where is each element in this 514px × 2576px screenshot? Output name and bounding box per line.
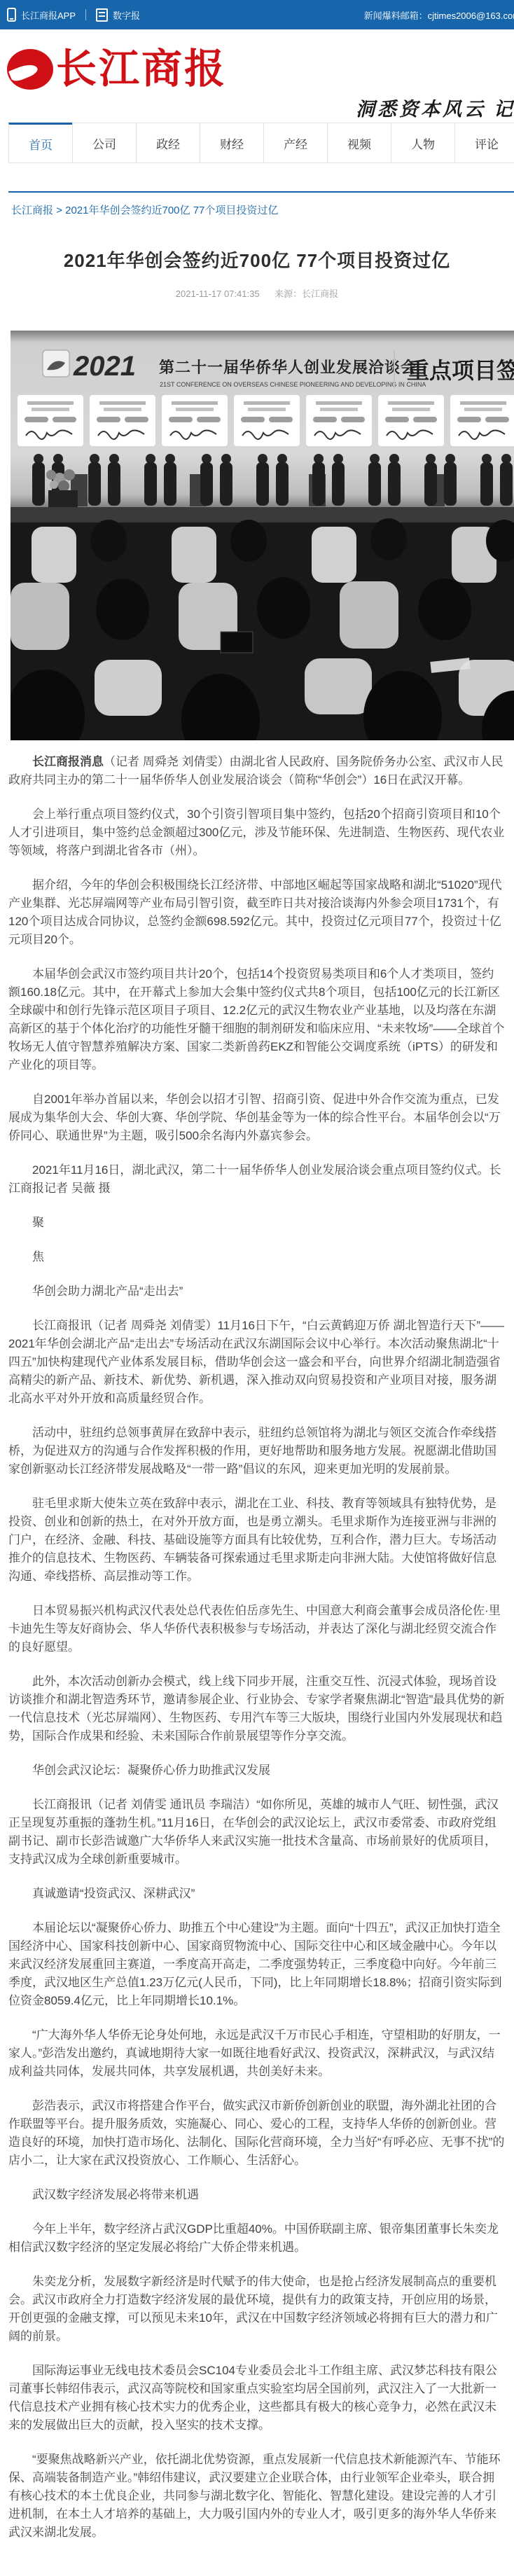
article-paragraph: 华创会助力湖北产品“走出去” xyxy=(8,1282,506,1301)
nav-tab[interactable]: 财经 xyxy=(200,123,264,163)
signature-cards xyxy=(18,395,514,446)
topbar-divider xyxy=(85,9,86,20)
masthead-slogan: 洞悉资本风云 记录 xyxy=(356,94,514,121)
article-photo: 2021 第二十一届华侨华人创业发展洽谈会 21ST CONFERENCE ON… xyxy=(11,331,514,740)
audience xyxy=(11,518,514,740)
article-paragraph: 活动中，驻纽约总领事黄屏在致辞中表示，驻纽约总领馆将为湖北与领区交流合作牵线搭桥… xyxy=(8,1424,506,1479)
paragraph-text: 华创会武汉论坛：凝聚侨心侨力助推武汉发展 xyxy=(32,1764,270,1777)
photo-banner-title-cn: 第二十一届华侨华人创业发展洽谈会 xyxy=(159,359,417,376)
nav-tab[interactable]: 视频 xyxy=(327,123,391,163)
page: 长江商报APP 数字报 新闻爆料邮箱：cjtimes2006@163.com ☎… xyxy=(0,0,514,2576)
divider-line xyxy=(8,191,514,193)
photo-banner-year: 2021 xyxy=(73,351,136,382)
article-paragraph: 华创会武汉论坛：凝聚侨心侨力助推武汉发展 xyxy=(8,1761,506,1780)
logo-mark-icon xyxy=(7,49,53,90)
article-paragraph: 彭浩表示，武汉市将搭建合作平台，做实武汉市新侨创新创业的联盟，海外湖北社团的合作… xyxy=(8,2097,506,2170)
article-paragraph: 国际海运事业无线电技术委员会SC104专业委员会北斗工作组主席、武汉梦芯科技有限… xyxy=(8,2362,506,2435)
photo-banner-right: 重点项目签约 xyxy=(407,358,514,383)
article-paragraph: 自2001年举办首届以来，华创会以招才引智、招商引资、促进中外合作交流为重点，已… xyxy=(8,1090,506,1145)
paragraph-text: 长江商报讯（记者 周舜尧 刘倩雯）11月16日下午，“白云黄鹤迎万侨 湖北智造行… xyxy=(8,1319,504,1405)
paragraph-text: 真诚邀请“投资武汉、深耕武汉” xyxy=(32,1887,195,1900)
article-paragraph: “广大海外华人华侨无论身处何地，永远是武汉千万市民心手相连，守望相助的好朋友，一… xyxy=(8,2026,506,2081)
paragraph-text: 2021年11月16日，湖北武汉，第二十一届华侨华人创业发展洽谈会重点项目签约仪… xyxy=(8,1163,501,1195)
paragraph-text: 今年上半年，数字经济占武汉GDP比重超40%。中国侨联副主席、银帝集团董事长朱奕… xyxy=(8,2222,499,2254)
paragraph-text: 驻毛里求斯大使朱立英在致辞中表示，湖北在工业、科技、教育等领域具有独特优势，是投… xyxy=(8,1497,496,1583)
paragraph-text: 日本贸易振兴机构武汉代表处总代表佐伯岳彦先生、中国意大利商会董事会成员洛伦佐·里… xyxy=(8,1604,501,1654)
breadcrumb-site-link[interactable]: 长江商报 xyxy=(11,205,53,216)
digital-paper-link[interactable]: 数字报 xyxy=(96,8,140,22)
article-paragraph: 真诚邀请“投资武汉、深耕武汉” xyxy=(8,1885,506,1903)
masthead: 长江商报 洞悉资本风云 记录 xyxy=(0,29,514,118)
paragraph-text: 焦 xyxy=(32,1250,44,1263)
article-paragraph: 今年上半年，数字经济占武汉GDP比重超40%。中国侨联副主席、银帝集团董事长朱奕… xyxy=(8,2220,506,2257)
logo-text: 长江商报 xyxy=(56,49,227,90)
app-link[interactable]: 长江商报APP xyxy=(7,8,76,22)
article-paragraph: 日本贸易振兴机构武汉代表处总代表佐伯岳彦先生、中国意大利商会董事会成员洛伦佐·里… xyxy=(8,1602,506,1656)
article-paragraph: 本届华创会武汉市签约项目共计20个，包括14个投资贸易类项目和6个人才类项目，签… xyxy=(8,965,506,1074)
paragraph-text: 聚 xyxy=(32,1216,44,1229)
nav-tab[interactable]: 人物 xyxy=(391,123,455,163)
mobile-phone-icon xyxy=(7,8,16,22)
breadcrumb: 长江商报 > 2021年华创会签约近700亿 77个项目投资过亿 xyxy=(11,202,514,217)
publish-time: 2021-11-17 07:41:35 xyxy=(176,289,260,299)
paragraph-text: “广大海外华人华侨无论身处何地，永远是武汉千万市民心手相连，守望相助的好朋友，一… xyxy=(8,2028,501,2078)
article-meta: 2021-11-17 07:41:35 来源：长江商报 xyxy=(0,286,514,300)
paragraph-text: 自2001年举办首届以来，华创会以招才引智、招商引资、促进中外合作交流为重点，已… xyxy=(8,1093,501,1142)
digital-paper-label: 数字报 xyxy=(113,8,140,22)
paragraph-text: 本届华创会武汉市签约项目共计20个，包括14个投资贸易类项目和6个人才类项目，签… xyxy=(8,967,504,1072)
paragraph-text: 据介绍，今年的华创会积极围绕长江经济带、中部地区崛起等国家战略和湖北“51020… xyxy=(8,878,502,946)
paragraph-lead: 长江商报消息 xyxy=(32,755,104,768)
article-paragraph: 驻毛里求斯大使朱立英在致辞中表示，湖北在工业、科技、教育等领域具有独特优势，是投… xyxy=(8,1495,506,1586)
paragraph-text: 国际海运事业无线电技术委员会SC104专业委员会北斗工作组主席、武汉梦芯科技有限… xyxy=(8,2364,497,2432)
paragraph-text: 本届论坛以“凝聚侨心侨力、助推五个中心建设”为主题。面向“十四五”，武汉正加快打… xyxy=(8,1921,502,2007)
article-source: 来源：长江商报 xyxy=(275,289,338,299)
article-paragraph: 武汉数字经济发展必将带来机遇 xyxy=(8,2186,506,2204)
site-logo[interactable]: 长江商报 xyxy=(7,49,227,90)
article-paragraph: 2021年11月16日，湖北武汉，第二十一届华侨华人创业发展洽谈会重点项目签约仪… xyxy=(8,1161,506,1198)
article-paragraph: 朱奕龙分析，发展数字新经济是时代赋予的伟大使命，也是抢占经济发展制高点的重要机会… xyxy=(8,2273,506,2346)
paragraph-text: 会上举行重点项目签约仪式，30个引资引智项目集中签约，包括20个招商引资项目和1… xyxy=(8,808,504,857)
paragraph-text: 朱奕龙分析，发展数字新经济是时代赋予的伟大使命，也是抢占经济发展制高点的重要机会… xyxy=(8,2275,498,2343)
conference-photo-graphic: 2021 第二十一届华侨华人创业发展洽谈会 21ST CONFERENCE ON… xyxy=(11,331,514,740)
article-paragraph: 此外，本次活动创新办会模式，线上线下同步开展，注重交互性、沉浸式体验，现场首设访… xyxy=(8,1673,506,1745)
paragraph-text: “要聚焦战略新兴产业，依托湖北优势资源，重点发展新一代信息技术新能源汽车、节能环… xyxy=(8,2453,501,2539)
article-paragraph: 长江商报讯（记者 刘倩雯 通讯员 李瑞洁）“如你所见，英雄的城市人气旺、韧性强，… xyxy=(8,1796,506,1869)
topbar-right: 新闻爆料邮箱：cjtimes2006@163.com ☎ 新闻 xyxy=(364,8,514,22)
nav-tab[interactable]: 公司 xyxy=(72,123,137,163)
article-paragraph: 聚 xyxy=(8,1214,506,1232)
nav-tab[interactable]: 评论 xyxy=(454,123,514,163)
article-paragraph: 长江商报消息（记者 周舜尧 刘倩雯）由湖北省人民政府、国务院侨务办公室、武汉市人… xyxy=(8,753,506,789)
article-paragraph: 长江商报讯（记者 周舜尧 刘倩雯）11月16日下午，“白云黄鹤迎万侨 湖北智造行… xyxy=(8,1317,506,1408)
photo-banner-title-en: 21ST CONFERENCE ON OVERSEAS CHINESE PION… xyxy=(160,381,426,388)
article-paragraph: 会上举行重点项目签约仪式，30个引资引智项目集中签约，包括20个招商引资项目和1… xyxy=(8,805,506,860)
newspaper-icon xyxy=(96,8,108,22)
paragraph-text: 彭浩表示，武汉市将搭建合作平台，做实武汉市新侨创新创业的联盟，海外湖北社团的合作… xyxy=(8,2099,504,2167)
article-paragraph: 据介绍，今年的华创会积极围绕长江经济带、中部地区崛起等国家战略和湖北“51020… xyxy=(8,876,506,949)
paragraph-text: 此外，本次活动创新办会模式，线上线下同步开展，注重交互性、沉浸式体验，现场首设访… xyxy=(8,1675,504,1743)
topbar: 长江商报APP 数字报 新闻爆料邮箱：cjtimes2006@163.com ☎… xyxy=(0,0,514,29)
paragraph-text: 华创会助力湖北产品“走出去” xyxy=(32,1284,183,1298)
paragraph-text: 活动中，驻纽约总领事黄屏在致辞中表示，驻纽约总领馆将为湖北与领区交流合作牵线搭桥… xyxy=(8,1426,496,1476)
breadcrumb-separator: > xyxy=(56,205,62,216)
main-nav: 首页公司政经财经产经视频人物评论 xyxy=(8,123,514,163)
breadcrumb-current: 2021年华创会签约近700亿 77个项目投资过亿 xyxy=(65,205,278,216)
article-body: 长江商报消息（记者 周舜尧 刘倩雯）由湖北省人民政府、国务院侨务办公室、武汉市人… xyxy=(0,740,514,2576)
tip-email-label: 新闻爆料邮箱：cjtimes2006@163.com xyxy=(364,8,514,22)
nav-tab[interactable]: 政经 xyxy=(136,123,200,163)
paragraph-text: 武汉数字经济发展必将带来机遇 xyxy=(32,2188,199,2201)
nav-tab[interactable]: 首页 xyxy=(8,123,73,163)
article-paragraph: “要聚焦战略新兴产业，依托湖北优势资源，重点发展新一代信息技术新能源汽车、节能环… xyxy=(8,2451,506,2542)
article-paragraph: 本届论坛以“凝聚侨心侨力、助推五个中心建设”为主题。面向“十四五”，武汉正加快打… xyxy=(8,1919,506,2010)
app-link-label: 长江商报APP xyxy=(21,8,76,22)
nav-tab[interactable]: 产经 xyxy=(263,123,328,163)
article-title: 2021年华创会签约近700亿 77个项目投资过亿 xyxy=(0,247,514,272)
paragraph-text: 长江商报讯（记者 刘倩雯 通讯员 李瑞洁）“如你所见，英雄的城市人气旺、韧性强，… xyxy=(8,1798,499,1866)
article-paragraph: 焦 xyxy=(8,1248,506,1266)
